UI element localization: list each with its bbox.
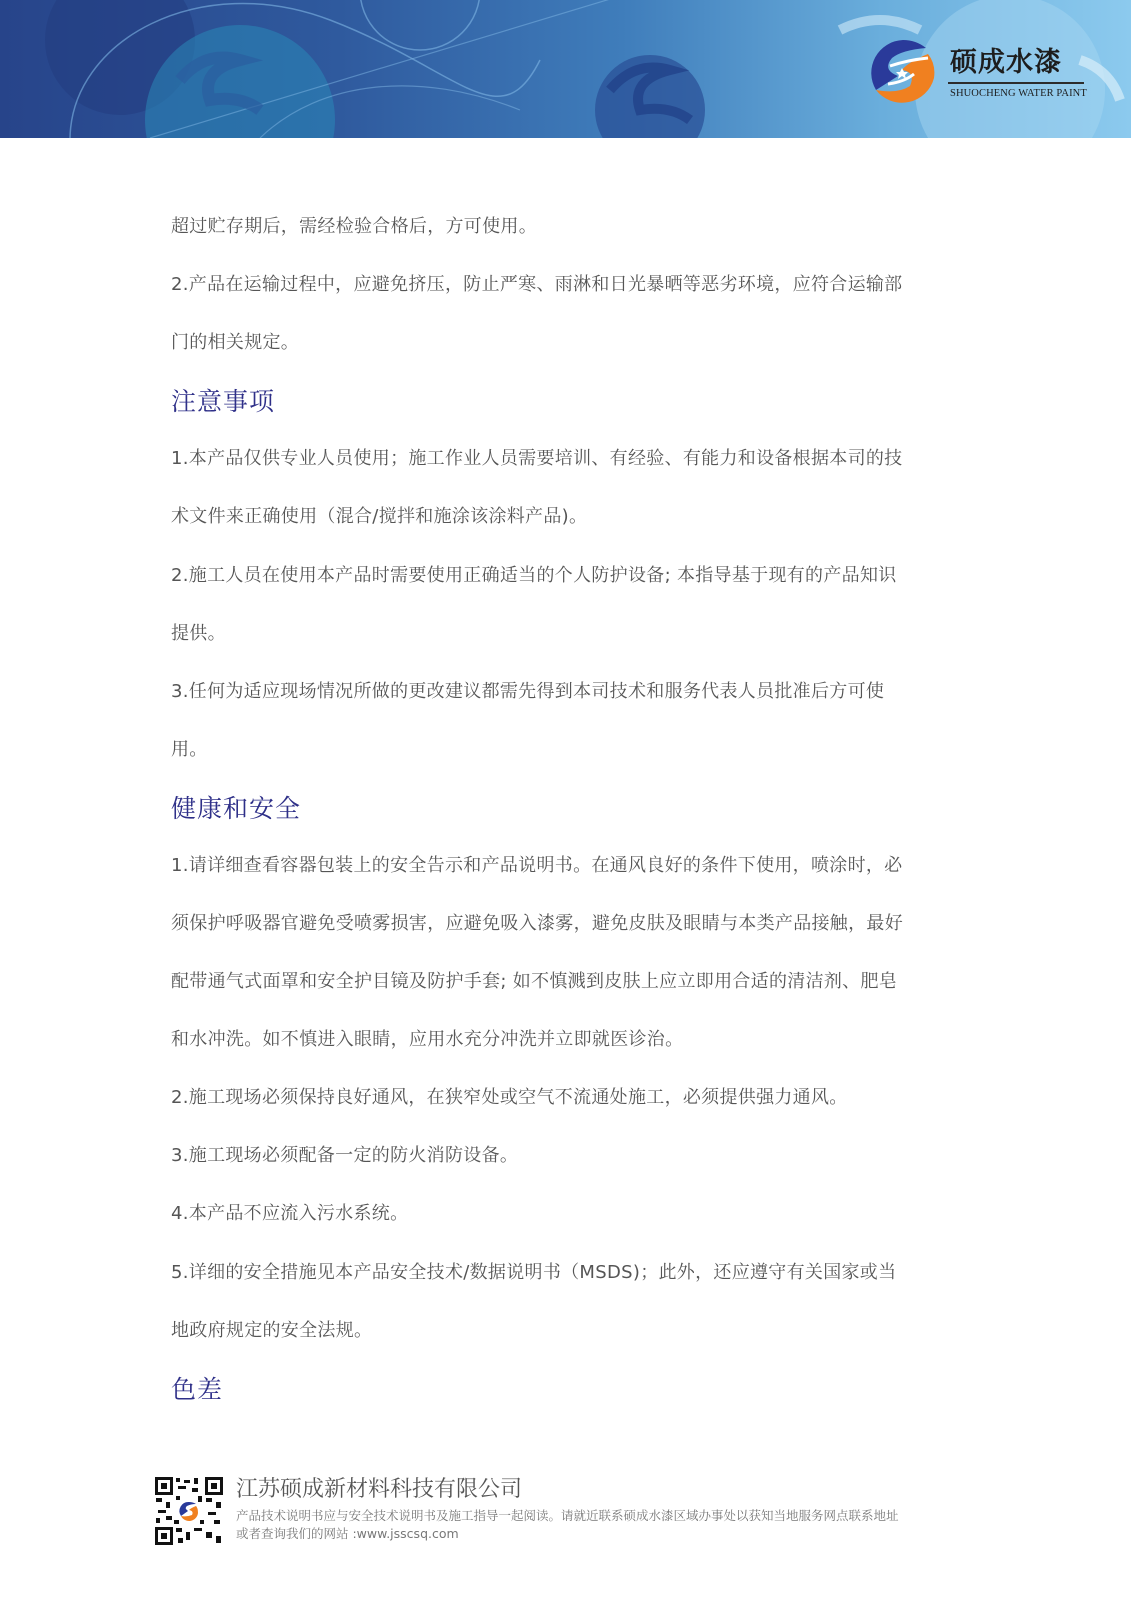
company-logo: 硕成水漆 SHUOCHENG WATER PAINT bbox=[868, 36, 1088, 112]
paragraph-line: 4.本产品不应流入污水系统。 bbox=[171, 1199, 961, 1225]
paragraph-line: 配带通气式面罩和安全护目镜及防护手套; 如不慎溅到皮肤上应立即用合适的清洁剂、肥… bbox=[171, 967, 961, 993]
qr-code-icon bbox=[154, 1476, 224, 1546]
company-name: 江苏硕成新材料科技有限公司 bbox=[236, 1472, 522, 1503]
paragraph-line: 2.产品在运输过程中，应避免挤压，防止严寒、雨淋和日光暴晒等恶劣环境，应符合运输… bbox=[171, 270, 961, 296]
footer-note-line-2: 或者查询我们的网站 :www.jsscsq.com bbox=[236, 1524, 459, 1542]
logo-mark-icon bbox=[868, 38, 938, 108]
paragraph-line: 地政府规定的安全法规。 bbox=[171, 1316, 961, 1342]
footer-note-line-1: 产品技术说明书应与安全技术说明书及施工指导一起阅读。请就近联系硕成水漆区域办事处… bbox=[236, 1506, 899, 1524]
paragraph-line: 3.任何为适应现场情况所做的更改建议都需先得到本司技术和服务代表人员批准后方可使 bbox=[171, 677, 961, 703]
logo-chinese-name: 硕成水漆 bbox=[950, 40, 1062, 79]
paragraph-line: 2.施工人员在使用本产品时需要使用正确适当的个人防护设备; 本指导基于现有的产品… bbox=[171, 561, 961, 587]
paragraph-line: 3.施工现场必须配备一定的防火消防设备。 bbox=[171, 1141, 961, 1167]
paragraph-line: 门的相关规定。 bbox=[171, 328, 961, 354]
paragraph-line: 须保护呼吸器官避免受喷雾损害，应避免吸入漆雾，避免皮肤及眼睛与本类产品接触，最好 bbox=[171, 909, 961, 935]
paragraph-line: 和水冲洗。如不慎进入眼睛，应用水充分冲洗并立即就医诊治。 bbox=[171, 1025, 961, 1051]
header-banner: 硕成水漆 SHUOCHENG WATER PAINT bbox=[0, 0, 1131, 138]
section-heading-health-safety: 健康和安全 bbox=[171, 789, 301, 825]
paragraph-line: 术文件来正确使用（混合/搅拌和施涂该涂料产品)。 bbox=[171, 502, 961, 528]
section-heading-color-difference: 色差 bbox=[171, 1370, 223, 1406]
logo-divider bbox=[948, 82, 1084, 84]
paragraph-line: 2.施工现场必须保持良好通风，在狭窄处或空气不流通处施工，必须提供强力通风。 bbox=[171, 1083, 961, 1109]
paragraph-line: 用。 bbox=[171, 735, 961, 761]
paragraph-line: 1.本产品仅供专业人员使用；施工作业人员需要培训、有经验、有能力和设备根据本司的… bbox=[171, 444, 961, 470]
logo-english-name: SHUOCHENG WATER PAINT bbox=[950, 88, 1087, 99]
paragraph-line: 提供。 bbox=[171, 619, 961, 645]
section-heading-precautions: 注意事项 bbox=[171, 382, 275, 418]
paragraph-line: 超过贮存期后，需经检验合格后，方可使用。 bbox=[171, 212, 961, 238]
page-footer: 江苏硕成新材料科技有限公司 产品技术说明书应与安全技术说明书及施工指导一起阅读。… bbox=[154, 1476, 974, 1556]
paragraph-line: 5.详细的安全措施见本产品安全技术/数据说明书（MSDS)；此外，还应遵守有关国… bbox=[171, 1258, 961, 1284]
paragraph-line: 1.请详细查看容器包装上的安全告示和产品说明书。在通风良好的条件下使用，喷涂时，… bbox=[171, 851, 961, 877]
